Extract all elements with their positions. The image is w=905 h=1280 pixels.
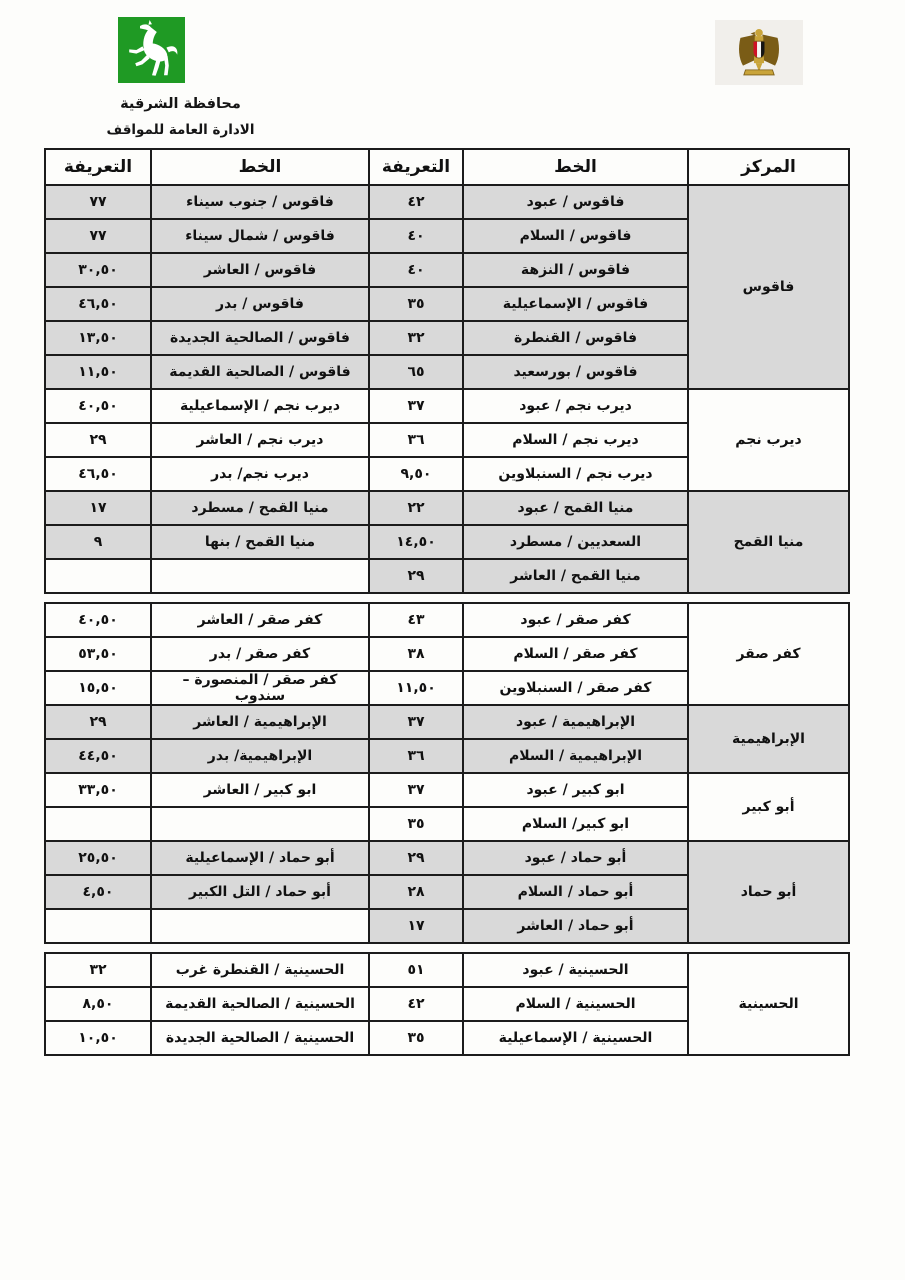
route-cell: فاقوس / جنوب سيناء — [151, 185, 369, 219]
route-cell: الحسينية / الصالحية القديمة — [151, 987, 369, 1021]
fare-cell: ١٠,٥٠ — [45, 1021, 151, 1055]
fare-cell: ٣٣,٥٠ — [45, 773, 151, 807]
fare-cell: ٢٩ — [369, 841, 463, 875]
governorate-logo — [118, 17, 185, 83]
header-tariff-1: التعريفة — [369, 149, 463, 185]
route-cell: فاقوس / الصالحية القديمة — [151, 355, 369, 389]
blank-cell — [151, 559, 369, 593]
section-gap — [45, 593, 849, 603]
route-cell: أبو حماد / الإسماعيلية — [151, 841, 369, 875]
route-cell: الإبراهيمية/ بدر — [151, 739, 369, 773]
fare-cell: ٣٢ — [45, 953, 151, 987]
fare-cell: ٣٦ — [369, 423, 463, 457]
route-cell: كفر صقر / السلام — [463, 637, 688, 671]
route-cell: فاقوس / بورسعيد — [463, 355, 688, 389]
table-row: الحسينيةالحسينية / عبود٥١الحسينية / القن… — [45, 953, 849, 987]
fare-cell: ٩ — [45, 525, 151, 559]
department-name: الادارة العامة للمواقف — [78, 122, 283, 138]
route-cell: فاقوس / النزهة — [463, 253, 688, 287]
fare-cell: ٣٥ — [369, 1021, 463, 1055]
fare-cell: ٣٧ — [369, 773, 463, 807]
fare-cell: ٤٠,٥٠ — [45, 389, 151, 423]
fare-cell: ٢٩ — [45, 423, 151, 457]
blank-cell — [151, 807, 369, 841]
route-cell: فاقوس / شمال سيناء — [151, 219, 369, 253]
fare-cell: ١١,٥٠ — [369, 671, 463, 705]
fare-cell: ٧٧ — [45, 185, 151, 219]
center-cell: كفر صقر — [688, 603, 849, 705]
route-cell: أبو حماد / السلام — [463, 875, 688, 909]
fare-cell: ٣٥ — [369, 807, 463, 841]
table-row: أبو حمادأبو حماد / عبود٢٩أبو حماد / الإس… — [45, 841, 849, 875]
route-cell: فاقوس / السلام — [463, 219, 688, 253]
route-cell: ديرب نجم / السلام — [463, 423, 688, 457]
table-row: أبو كبيرابو كبير / عبود٣٧ابو كبير / العا… — [45, 773, 849, 807]
fare-cell: ١٣,٥٠ — [45, 321, 151, 355]
fare-cell: ١١,٥٠ — [45, 355, 151, 389]
table-row: كفر صقركفر صقر / عبود٤٣كفر صقر / العاشر٤… — [45, 603, 849, 637]
center-cell: أبو حماد — [688, 841, 849, 943]
fare-cell: ٤,٥٠ — [45, 875, 151, 909]
fare-cell: ٢٢ — [369, 491, 463, 525]
fare-cell: ١٧ — [45, 491, 151, 525]
fare-cell: ٣٦ — [369, 739, 463, 773]
route-cell: منيا القمح / مسطرد — [151, 491, 369, 525]
center-cell: منيا القمح — [688, 491, 849, 593]
route-cell: منيا القمح / عبود — [463, 491, 688, 525]
header-center: المركز — [688, 149, 849, 185]
fare-cell: ٦٥ — [369, 355, 463, 389]
route-cell: فاقوس / الصالحية الجديدة — [151, 321, 369, 355]
fare-cell: ٤٤,٥٠ — [45, 739, 151, 773]
fare-cell: ٤٦,٥٠ — [45, 457, 151, 491]
blank-cell — [151, 909, 369, 943]
route-cell: فاقوس / الإسماعيلية — [463, 287, 688, 321]
route-cell: ابو كبير / العاشر — [151, 773, 369, 807]
route-cell: الحسينية / السلام — [463, 987, 688, 1021]
fare-cell: ٣٢ — [369, 321, 463, 355]
route-cell: الحسينية / الصالحية الجديدة — [151, 1021, 369, 1055]
fare-cell: ١٤,٥٠ — [369, 525, 463, 559]
fare-cell: ٣٧ — [369, 389, 463, 423]
org-title-block: محافظة الشرقية الادارة العامة للمواقف — [78, 96, 283, 138]
route-cell: الحسينية / القنطرة غرب — [151, 953, 369, 987]
route-cell: كفر صقر / السنبلاوين — [463, 671, 688, 705]
blank-cell — [45, 909, 151, 943]
route-cell: كفر صقر / العاشر — [151, 603, 369, 637]
route-cell: فاقوس / القنطرة — [463, 321, 688, 355]
fare-cell: ٤٢ — [369, 987, 463, 1021]
tariff-table-body: فاقوسفاقوس / عبود٤٢فاقوس / جنوب سيناء٧٧ف… — [45, 185, 849, 1055]
fare-cell: ٧٧ — [45, 219, 151, 253]
route-cell: كفر صقر / بدر — [151, 637, 369, 671]
route-cell: الحسينية / عبود — [463, 953, 688, 987]
route-cell: أبو حماد / التل الكبير — [151, 875, 369, 909]
fare-cell: ٩,٥٠ — [369, 457, 463, 491]
fare-cell: ٣٠,٥٠ — [45, 253, 151, 287]
national-emblem — [715, 20, 803, 85]
fare-cell: ٣٥ — [369, 287, 463, 321]
page: { "header": { "org_line1": "محافظة الشرق… — [0, 0, 905, 1280]
route-cell: أبو حماد / عبود — [463, 841, 688, 875]
route-cell: منيا القمح / العاشر — [463, 559, 688, 593]
route-cell: أبو حماد / العاشر — [463, 909, 688, 943]
fare-cell: ٤٠,٥٠ — [45, 603, 151, 637]
fare-cell: ٤٠ — [369, 253, 463, 287]
table-row: ديرب نجمديرب نجم / عبود٣٧ديرب نجم / الإس… — [45, 389, 849, 423]
fare-cell: ٤٠ — [369, 219, 463, 253]
table-row: الإبراهيميةالإبراهيمية / عبود٣٧الإبراهيم… — [45, 705, 849, 739]
center-cell: أبو كبير — [688, 773, 849, 841]
route-cell: فاقوس / عبود — [463, 185, 688, 219]
governorate-name: محافظة الشرقية — [78, 96, 283, 112]
blank-cell — [45, 559, 151, 593]
route-cell: الإبراهيمية / عبود — [463, 705, 688, 739]
fare-cell: ٤٦,٥٠ — [45, 287, 151, 321]
section-gap-cell — [45, 943, 849, 953]
section-gap — [45, 943, 849, 953]
route-cell: فاقوس / العاشر — [151, 253, 369, 287]
route-cell: الإبراهيمية / السلام — [463, 739, 688, 773]
fare-cell: ٣٨ — [369, 637, 463, 671]
fare-cell: ٨,٥٠ — [45, 987, 151, 1021]
fare-cell: ٢٨ — [369, 875, 463, 909]
tariff-table-container: المركز الخط التعريفة الخط التعريفة فاقوس… — [44, 148, 850, 1056]
route-cell: منيا القمح / بنها — [151, 525, 369, 559]
route-cell: فاقوس / بدر — [151, 287, 369, 321]
fare-cell: ١٧ — [369, 909, 463, 943]
fare-cell: ٢٩ — [45, 705, 151, 739]
fare-cell: ٤٢ — [369, 185, 463, 219]
route-cell: الحسينية / الإسماعيلية — [463, 1021, 688, 1055]
route-cell: الإبراهيمية / العاشر — [151, 705, 369, 739]
fare-cell: ٤٣ — [369, 603, 463, 637]
route-cell: ديرب نجم / عبود — [463, 389, 688, 423]
header-line-1: الخط — [463, 149, 688, 185]
horse-logo-icon — [122, 20, 182, 80]
table-row: فاقوسفاقوس / عبود٤٢فاقوس / جنوب سيناء٧٧ — [45, 185, 849, 219]
table-header-row: المركز الخط التعريفة الخط التعريفة — [45, 149, 849, 185]
fare-cell: ٢٥,٥٠ — [45, 841, 151, 875]
header-line-2: الخط — [151, 149, 369, 185]
fare-cell: ١٥,٥٠ — [45, 671, 151, 705]
center-cell: فاقوس — [688, 185, 849, 389]
route-cell: ديرب نجم / العاشر — [151, 423, 369, 457]
route-cell: ديرب نجم/ بدر — [151, 457, 369, 491]
route-cell: كفر صقر / عبود — [463, 603, 688, 637]
center-cell: الإبراهيمية — [688, 705, 849, 773]
section-gap-cell — [45, 593, 849, 603]
route-cell: ديرب نجم / السنبلاوين — [463, 457, 688, 491]
fare-cell: ٥١ — [369, 953, 463, 987]
fare-cell: ٢٩ — [369, 559, 463, 593]
blank-cell — [45, 807, 151, 841]
tariff-table: المركز الخط التعريفة الخط التعريفة فاقوس… — [44, 148, 850, 1056]
fare-cell: ٥٣,٥٠ — [45, 637, 151, 671]
fare-cell: ٣٧ — [369, 705, 463, 739]
center-cell: ديرب نجم — [688, 389, 849, 491]
center-cell: الحسينية — [688, 953, 849, 1055]
route-cell: ابو كبير/ السلام — [463, 807, 688, 841]
route-cell: ابو كبير / عبود — [463, 773, 688, 807]
table-row: منيا القمحمنيا القمح / عبود٢٢منيا القمح … — [45, 491, 849, 525]
egypt-eagle-icon — [732, 24, 786, 82]
route-cell: السعديين / مسطرد — [463, 525, 688, 559]
route-cell: كفر صقر / المنصورة – سندوب — [151, 671, 369, 705]
route-cell: ديرب نجم / الإسماعيلية — [151, 389, 369, 423]
header-tariff-2: التعريفة — [45, 149, 151, 185]
